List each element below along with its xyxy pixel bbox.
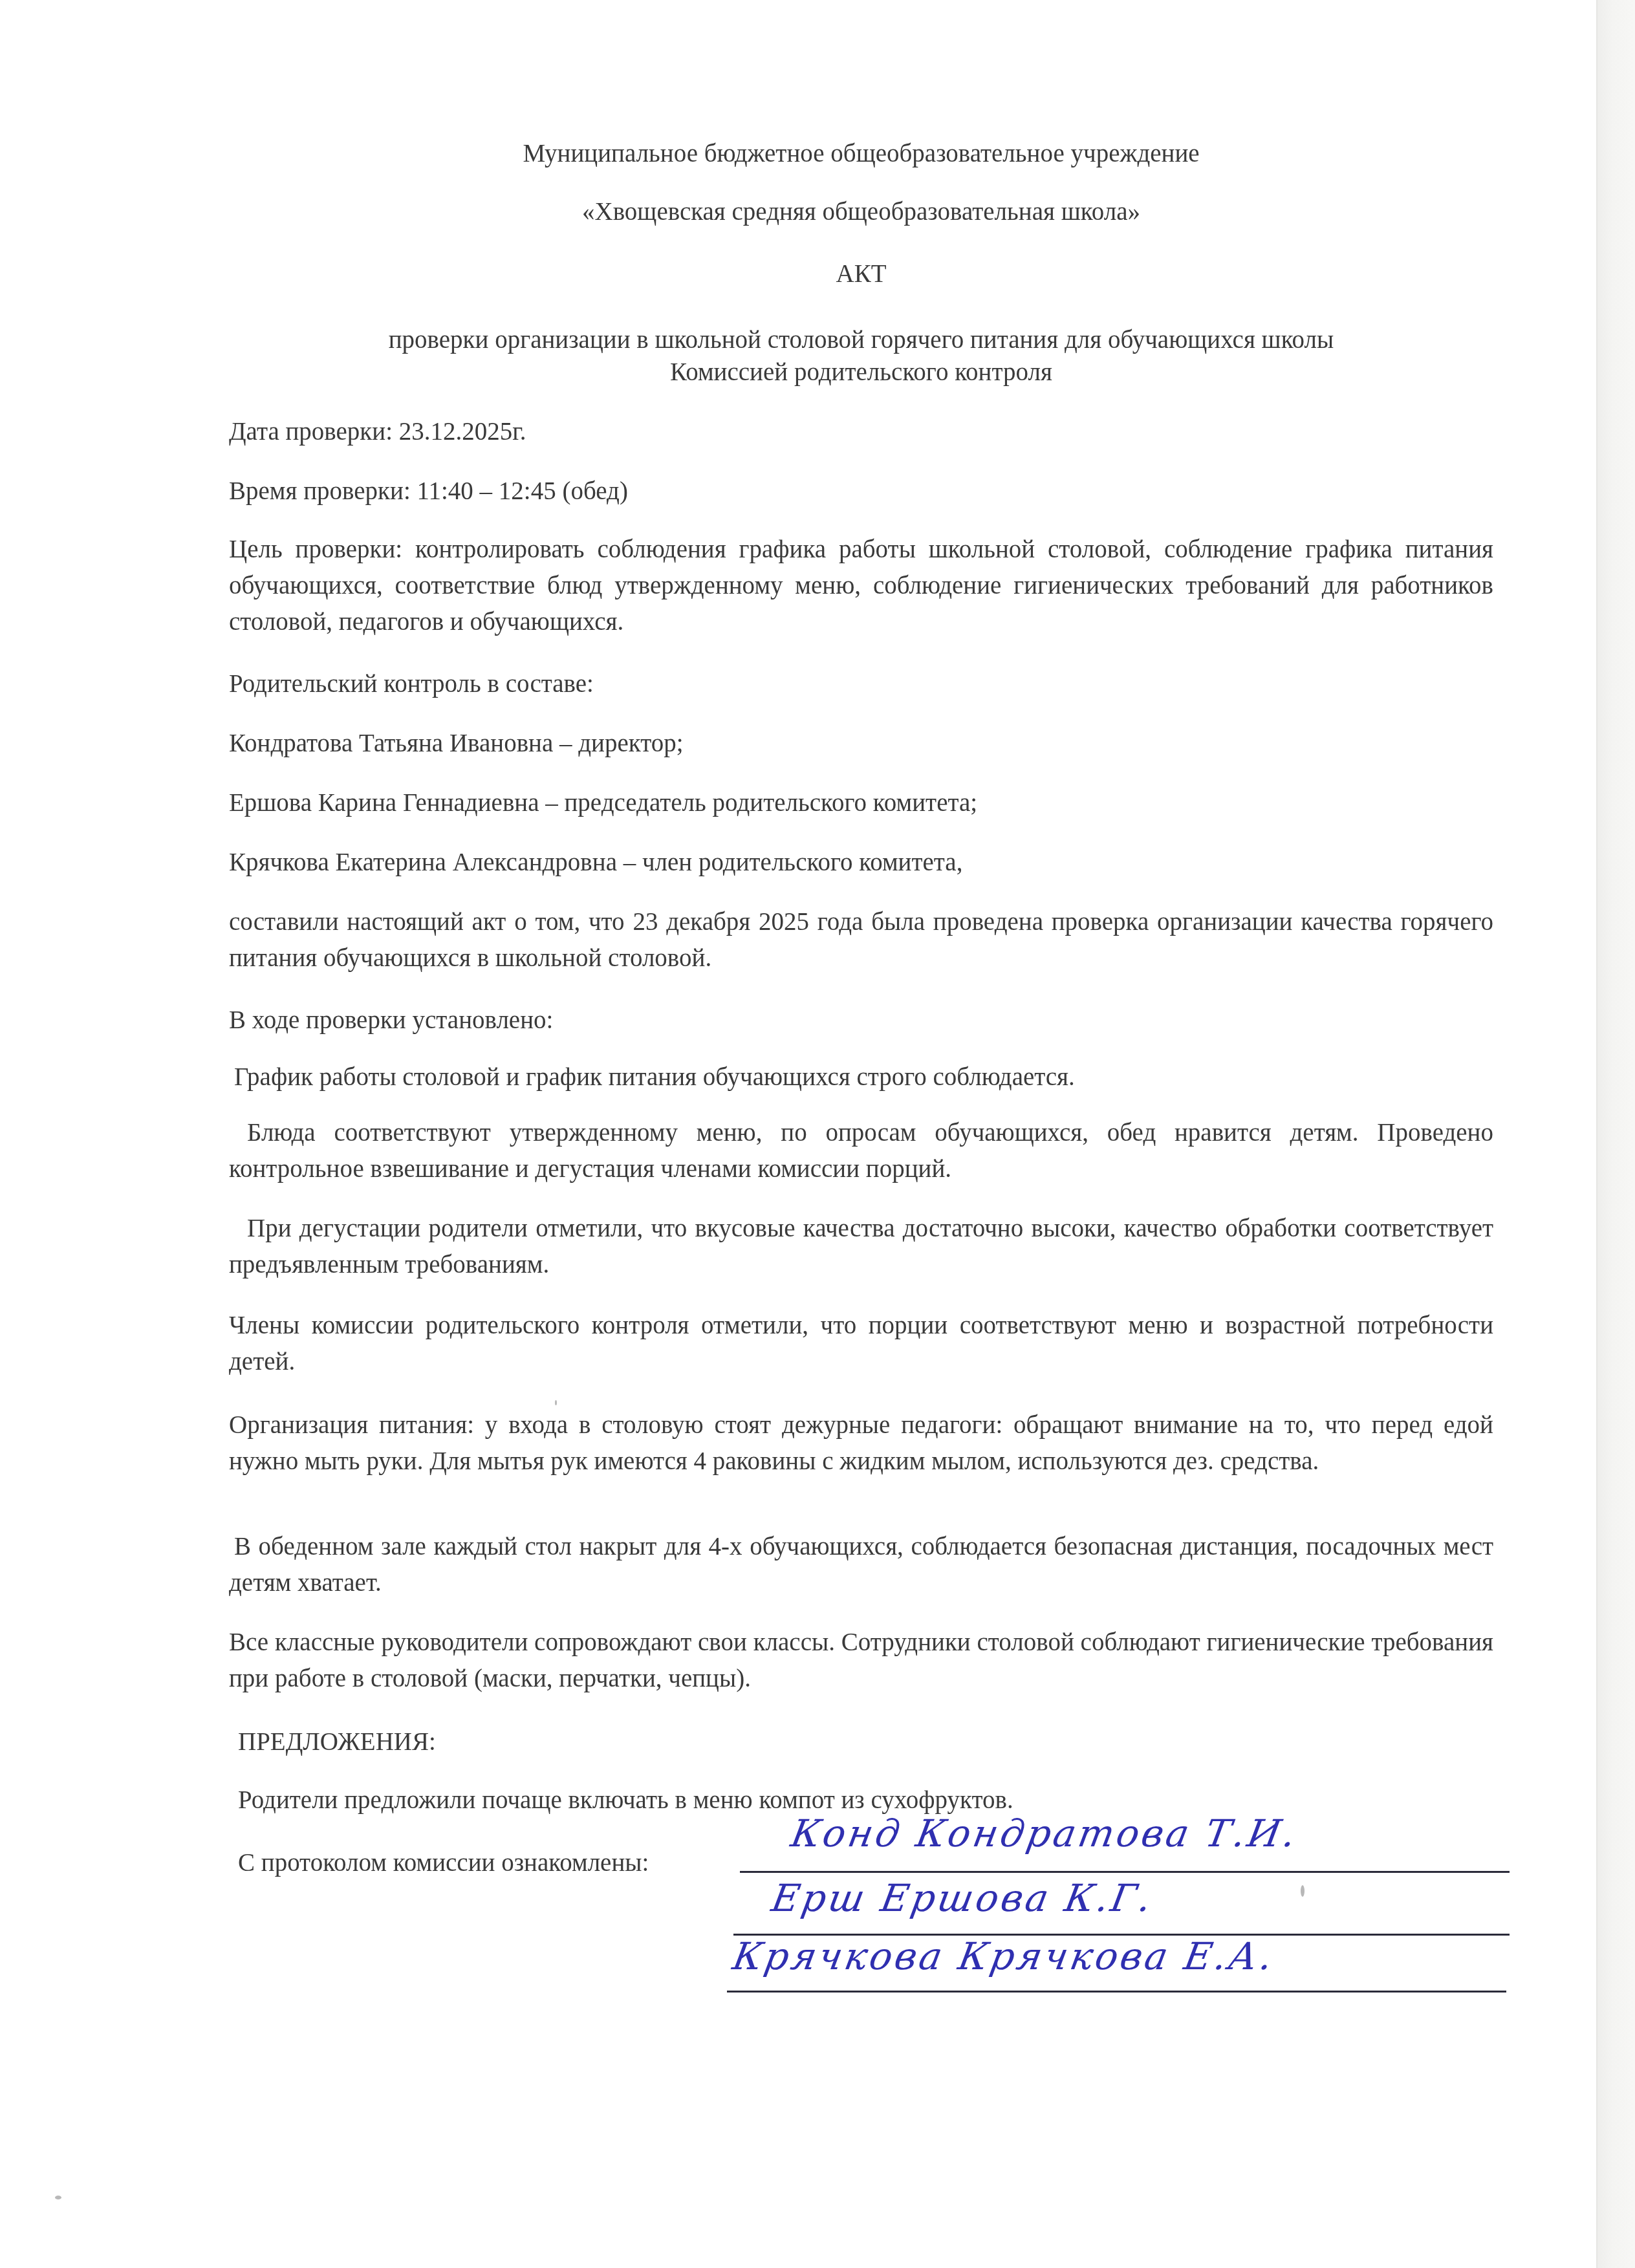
scan-speck <box>1301 1885 1305 1897</box>
commission-member: Крячкова Екатерина Александровна – член … <box>229 846 1493 880</box>
scan-speck <box>555 1400 557 1405</box>
signature-line <box>740 1871 1510 1873</box>
signatures-label: С протоколом комиссии ознакомлены: <box>238 1846 649 1880</box>
scan-speck <box>55 2196 61 2199</box>
signature-kryachkova: Крячкова Крячкова Е.А. <box>730 1934 1279 1979</box>
document-title: АКТ <box>229 257 1493 291</box>
inspection-purpose: Цель проверки: контролировать соблюдения… <box>229 532 1493 640</box>
proposals-heading: ПРЕДЛОЖЕНИЯ: <box>238 1725 1493 1759</box>
inspection-date: Дата проверки: 23.12.2025г. <box>229 415 1493 449</box>
finding-item: Члены комиссии родительского контроля от… <box>229 1308 1493 1380</box>
findings-heading: В ходе проверки установлено: <box>229 1004 1493 1037</box>
commission-statement: составили настоящий акт о том, что 23 де… <box>229 904 1493 977</box>
institution-name: Муниципальное бюджетное общеобразователь… <box>229 137 1493 171</box>
finding-item: В обеденном зале каждый стол накрыт для … <box>229 1529 1493 1601</box>
signature-ershova: Ерш Ершова К.Г. <box>768 1875 1157 1921</box>
signature-line <box>727 1991 1506 1993</box>
finding-item: Организация питания: у входа в столовую … <box>229 1407 1493 1480</box>
finding-item: График работы столовой и график питания … <box>229 1061 1493 1094</box>
finding-item: Блюда соответствуют утвержденному меню, … <box>229 1115 1493 1187</box>
scan-edge <box>1596 0 1635 2268</box>
commission-member: Кондратова Татьяна Ивановна – директор; <box>229 727 1493 761</box>
document-subtitle-line1: проверки организации в школьной столовой… <box>229 323 1493 357</box>
signature-kondratova: Конд Кондратова Т.И. <box>788 1811 1302 1856</box>
finding-item: При дегустации родители отметили, что вк… <box>229 1211 1493 1283</box>
school-name: «Хвощевская средняя общеобразовательная … <box>229 195 1493 229</box>
document-subtitle-line2: Комиссией родительского контроля <box>229 356 1493 389</box>
inspection-time: Время проверки: 11:40 – 12:45 (обед) <box>229 475 1493 508</box>
finding-item: Все классные руководители сопровождают с… <box>229 1625 1493 1697</box>
commission-member: Ершова Карина Геннадиевна – председатель… <box>229 786 1493 820</box>
commission-intro: Родительский контроль в составе: <box>229 667 1493 701</box>
